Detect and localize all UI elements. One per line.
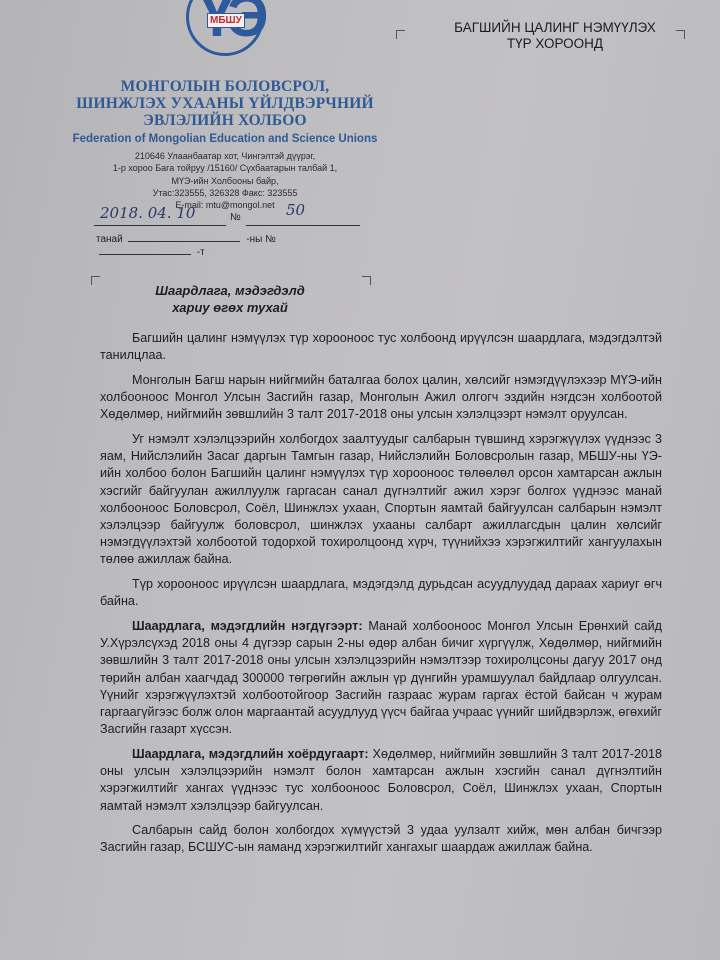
paragraph: Монголын Багш нарын нийгмийн баталгаа бо… (100, 372, 662, 424)
paragraph-heading: Шаардлага, мэдэгдлийн хоёрдугаарт: (132, 747, 369, 761)
handwritten-number: 50 (286, 201, 305, 219)
address-line: МҮЭ-ийн Холбооны байр, (60, 175, 390, 187)
reference-line: танай -ны № -т (96, 232, 376, 258)
logo-badge: МБШУ (207, 13, 245, 28)
letter-body: Багшийн цалинг нэмүүлэх түр хорооноос ту… (100, 330, 662, 864)
recipient-line: БАГШИЙН ЦАЛИНГ НЭМҮҮЛЭХ (430, 20, 680, 36)
address-line: 210646 Улаанбаатар хот, Чингэлтэй дүүрэг… (60, 150, 390, 162)
date-underline (94, 225, 226, 226)
subject-title: Шаардлага, мэдэгдэлд хариу өгөх тухай (120, 282, 340, 316)
subject-corner-mark (91, 276, 100, 285)
subject-corner-mark (362, 276, 371, 285)
paragraph: Салбарын сайд болон холбогдох хүмүүстэй … (100, 822, 662, 856)
org-name-en: Federation of Mongolian Education and Sc… (60, 133, 390, 145)
ref-prefix: танай (96, 234, 123, 245)
handwritten-date: 2018. 04. 10 (100, 204, 195, 222)
letterhead: МОНГОЛЫН БОЛОВСРОЛ, ШИНЖЛЭХ УХААНЫ ҮЙЛДВ… (60, 78, 390, 211)
recipient-corner-mark (396, 30, 405, 39)
letter-page: ҮЭ МБШУ МОНГОЛЫН БОЛОВСРОЛ, ШИНЖЛЭХ УХАА… (0, 0, 720, 960)
paragraph: Шаардлага, мэдэгдлийн нэгдүгээрт: Манай … (100, 618, 662, 738)
org-name-mn-2: ШИНЖЛЭХ УХААНЫ ҮЙЛДВЭРЧНИЙ (60, 95, 390, 112)
paragraph: Шаардлага, мэдэгдлийн хоёрдугаарт: Хөдөл… (100, 746, 662, 815)
recipient-block: БАГШИЙН ЦАЛИНГ НЭМҮҮЛЭХ ТҮР ХОРООНД (430, 20, 680, 52)
date-number-line: 2018. 04. 10 № 50 (94, 204, 362, 226)
paragraph: Багшийн цалинг нэмүүлэх түр хорооноос ту… (100, 330, 662, 364)
subject-line: Шаардлага, мэдэгдэлд (120, 282, 340, 299)
org-name-mn-3: ЭВЛЭЛИЙН ХОЛБОО (60, 112, 390, 129)
ref-blank-1 (128, 232, 240, 242)
subject-line: хариу өгөх тухай (120, 299, 340, 316)
org-name-mn-1: МОНГОЛЫН БОЛОВСРОЛ, (60, 78, 390, 95)
recipient-line: ТҮР ХОРООНД (430, 36, 680, 52)
union-logo-icon: ҮЭ МБШУ (186, 0, 264, 56)
ref-middle: -ны № (246, 234, 276, 245)
paragraph-text: Манай холбооноос Монгол Улсын Ерөнхий са… (100, 619, 662, 736)
number-label: № (230, 212, 241, 223)
ref-suffix: -т (197, 247, 205, 258)
paragraph-heading: Шаардлага, мэдэгдлийн нэгдүгээрт: (132, 619, 363, 633)
paragraph: Түр хорооноос ирүүлсэн шаардлага, мэдэгд… (100, 576, 662, 610)
paragraph: Уг нэмэлт хэлэлцээрийн холбогдох заалтуу… (100, 431, 662, 569)
address-line: 1-р хороо Бага тойруу /15160/ Сүхбаатары… (60, 162, 390, 174)
org-address: 210646 Улаанбаатар хот, Чингэлтэй дүүрэг… (60, 150, 390, 211)
ref-blank-2 (99, 245, 191, 255)
address-line: Утас:323555, 326328 Факс: 323555 (60, 187, 390, 199)
number-underline (246, 225, 360, 226)
